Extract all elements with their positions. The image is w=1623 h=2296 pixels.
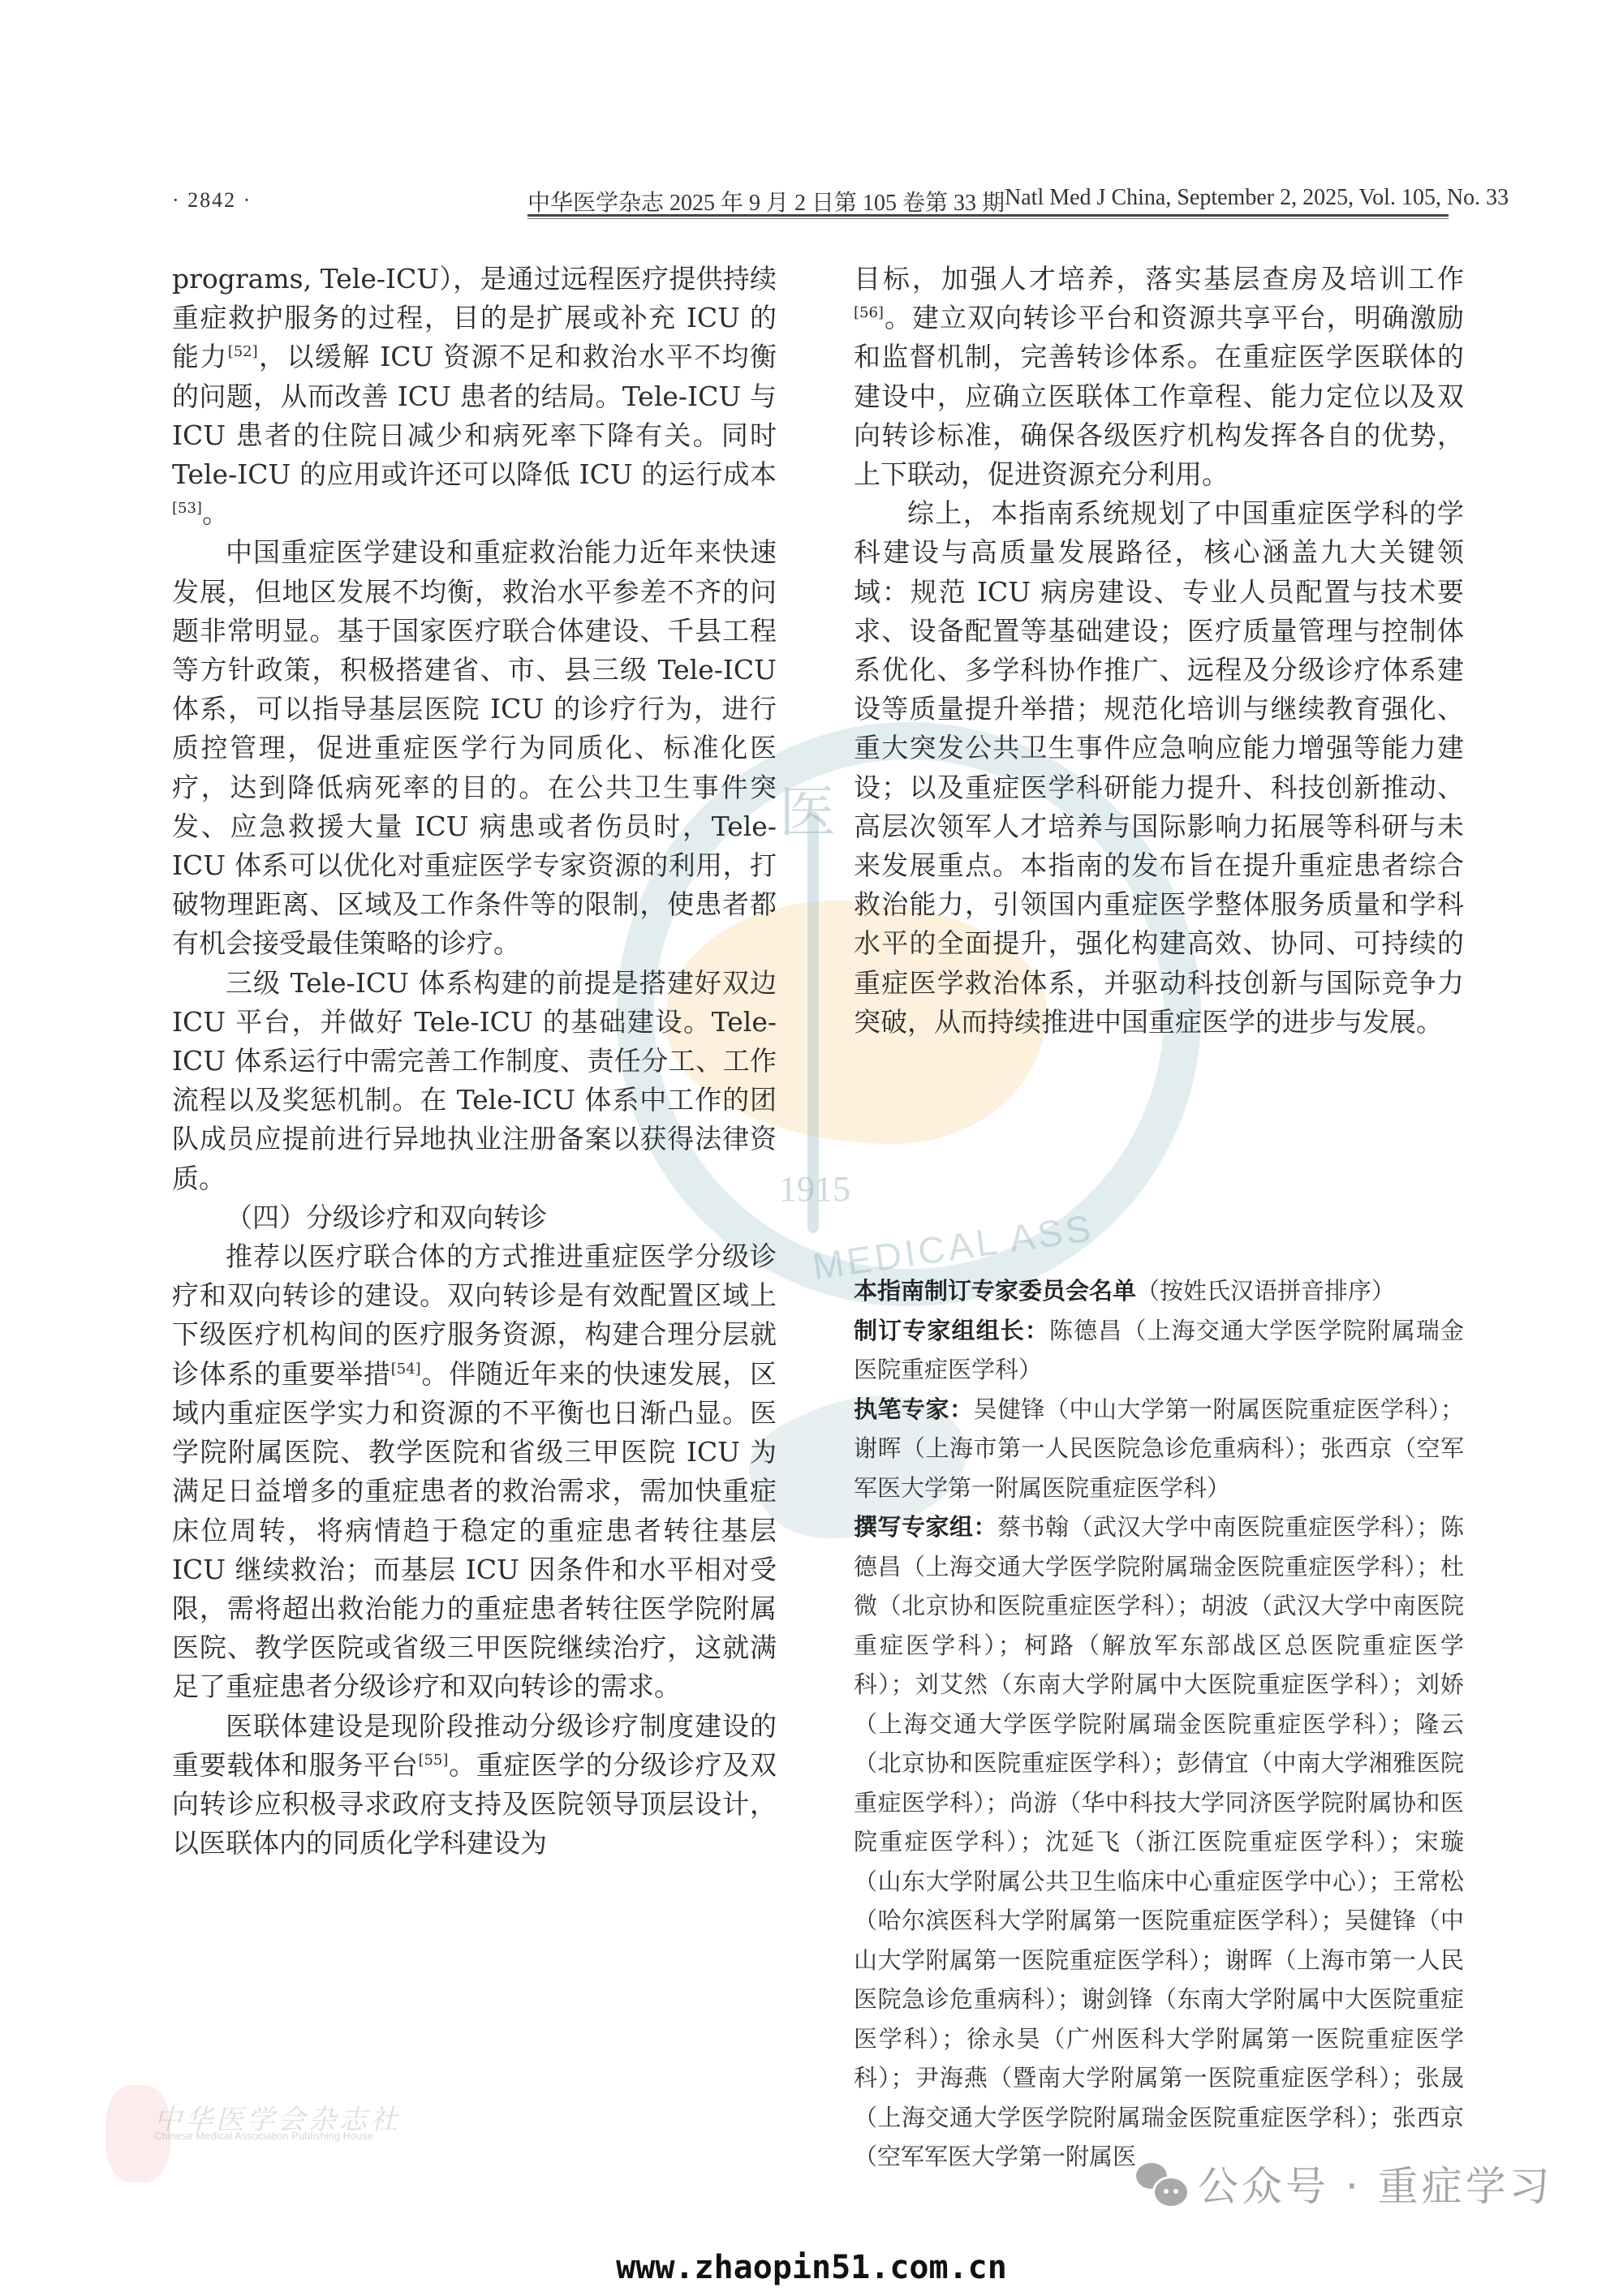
page-number: · 2842 · — [172, 188, 252, 213]
header-rule-thick — [527, 214, 1449, 217]
journal-running-header: 中华医学杂志 2025 年 9 月 2 日第 105 卷第 33 期 Natl … — [527, 185, 1449, 217]
journal-title-en: Natl Med J China, September 2, 2025, Vol… — [1005, 185, 1509, 217]
committee-writers: 执笔专家：吴健锋（中山大学第一附属医院重症医学科）；谢晖（上海市第一人民医院急诊… — [854, 1390, 1464, 1508]
header-rule-thin — [527, 218, 1449, 219]
wechat-account-badge: 公众号 · 重症学习 — [1136, 2154, 1553, 2212]
seal-year: 1915 — [779, 1168, 850, 1210]
journal-title-cn: 中华医学杂志 2025 年 9 月 2 日第 105 卷第 33 期 — [527, 185, 1005, 217]
caduceus-staff-icon — [807, 811, 819, 1233]
paragraph-summary: 综上，本指南系统规划了中国重症医学科的学科建设与高质量发展路径，核心涵盖九大关键… — [854, 494, 1464, 1042]
citation-56[interactable]: [56] — [854, 304, 884, 321]
committee-heading: 本指南制订专家委员会名单（按姓氏汉语拼音排序） — [854, 1271, 1464, 1311]
paragraph-three-level-tele-icu: 三级 Tele-ICU 体系构建的前提是搭建好双边 ICU 平台，并做好 Tel… — [172, 964, 777, 1198]
paragraph-two-way-referral: 推荐以医疗联合体的方式推进重症医学分级诊疗和双向转诊的建设。双向转诊是有效配置区… — [172, 1237, 777, 1706]
expert-committee-list: 本指南制订专家委员会名单（按姓氏汉语拼音排序） 制订专家组组长：陈德昌（上海交通… — [854, 1271, 1464, 2177]
left-column: programs, Tele-ICU），是通过远程医疗提供持续重症救护服务的过程… — [172, 260, 777, 1863]
citation-52[interactable]: [52] — [228, 343, 258, 360]
seal-character: 医 — [779, 767, 836, 849]
right-column: 目标，加强人才培养，落实基层查房及培训工作[56]。建立双向转诊平台和资源共享平… — [854, 260, 1464, 1042]
paragraph-regional-imbalance: 中国重症医学建设和重症救治能力近年来快速发展，但地区发展不均衡，救治水平参差不齐… — [172, 533, 777, 963]
paragraph-tele-icu-definition: programs, Tele-ICU），是通过远程医疗提供持续重症救护服务的过程… — [172, 260, 777, 533]
wechat-icon — [1136, 2163, 1186, 2204]
citation-55[interactable]: [55] — [418, 1752, 448, 1769]
wechat-account-label: 公众号 · 重症学习 — [1198, 2154, 1553, 2212]
paragraph-referral-platform: 目标，加强人才培养，落实基层查房及培训工作[56]。建立双向转诊平台和资源共享平… — [854, 260, 1464, 494]
committee-leader: 制订专家组组长：陈德昌（上海交通大学医学院附属瑞金医院重症医学科） — [854, 1311, 1464, 1390]
publisher-name-en: Chinese Medical Association Publishing H… — [154, 2130, 373, 2142]
journal-page: 医 1915 MEDICAL ASS · 2842 · 中华医学杂志 2025 … — [0, 0, 1623, 2296]
site-url-watermark: www.zhaopin51.com.cn — [0, 2249, 1623, 2286]
committee-authors: 撰写专家组：蔡书翰（武汉大学中南医院重症医学科）；陈德昌（上海交通大学医学院附属… — [854, 1507, 1464, 2177]
citation-53[interactable]: [53] — [172, 500, 202, 517]
paragraph-medical-alliance: 医联体建设是现阶段推动分级诊疗制度建设的重要载体和服务平台[55]。重症医学的分… — [172, 1707, 777, 1864]
citation-54[interactable]: [54] — [391, 1361, 421, 1378]
section-heading-tiered-care: （四）分级诊疗和双向转诊 — [172, 1198, 777, 1237]
